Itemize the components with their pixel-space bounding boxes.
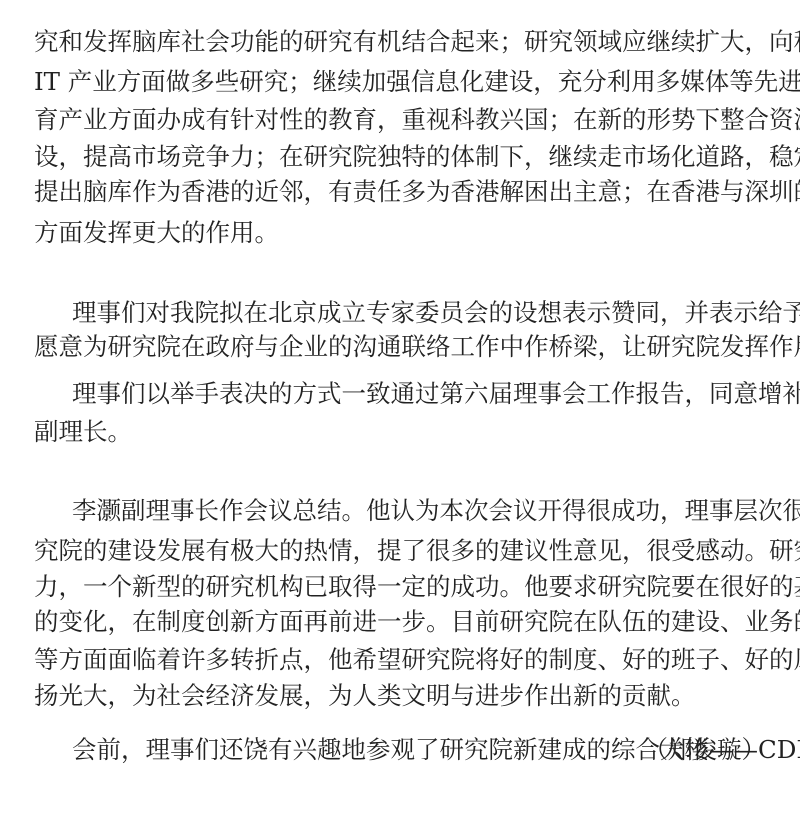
text-line: 扬光大，为社会经济发展，为人类文明与进步作出新的贡献。 (34, 682, 766, 710)
text-line: 力，一个新型的研究机构已取得一定的成功。他要求研究院要在很好的基础上，适应新形势 (34, 573, 766, 601)
text-line: 理事们以举手表决的方式一致通过第六届理事会工作报告，同意增补梁丹、佘健民为 (72, 380, 766, 408)
text-line: 提出脑库作为香港的近邻，有责任多为香港解困出主意；在香港与深圳的经济、科技合作等 (34, 178, 766, 206)
text-line: 理事们对我院拟在北京成立专家委员会的设想表示赞同，并表示给予积极支持。表示 (72, 299, 766, 327)
text-line: 方面发挥更大的作用。 (34, 219, 766, 247)
text-line: 设，提高市场竞争力；在研究院独特的体制下，继续走市场化道路，稳定财务收入。会上还 (34, 143, 766, 171)
text-line: 育产业方面办成有针对性的教育，重视科教兴国；在新的形势下整合资源，加强人才队伍建 (34, 106, 766, 134)
text-line: 究院的建设发展有极大的热情，提了很多的建议性意见，很受感动。研究院经过 13 年… (34, 537, 766, 565)
text-line: 愿意为研究院在政府与企业的沟通联络工作中作桥梁，让研究院发挥作用提供更大空间。 (34, 333, 766, 361)
text-line: 等方面面临着许多转折点，他希望研究院将好的制度、好的班子、好的风气，继续坚持，发 (34, 646, 766, 674)
text-line: 副理长。 (34, 418, 766, 446)
text-line: 究和发挥脑库社会功能的研究有机结合起来；研究领域应继续扩大，向科技方面发展，在 (34, 28, 766, 56)
author-signature: （郑俊璇） (644, 736, 767, 764)
text-line: 会前，理事们还饶有兴趣地参观了研究院新建成的综合大楼——CDI 大厦。 (72, 736, 632, 764)
text-line: IT 产业方面做多些研究；继续加强信息化建设，充分利用多媒体等先进的技术手段；在… (34, 68, 766, 96)
text-line: 李灏副理事长作会议总结。他认为本次会议开得很成功，理事层次很高，理事们对研 (72, 497, 766, 525)
document-page: 究和发挥脑库社会功能的研究有机结合起来；研究领域应继续扩大，向科技方面发展，在 … (0, 0, 800, 835)
text-line: 的变化，在制度创新方面再前进一步。目前研究院在队伍的建设、业务的拓展、机制的构建 (34, 608, 766, 636)
